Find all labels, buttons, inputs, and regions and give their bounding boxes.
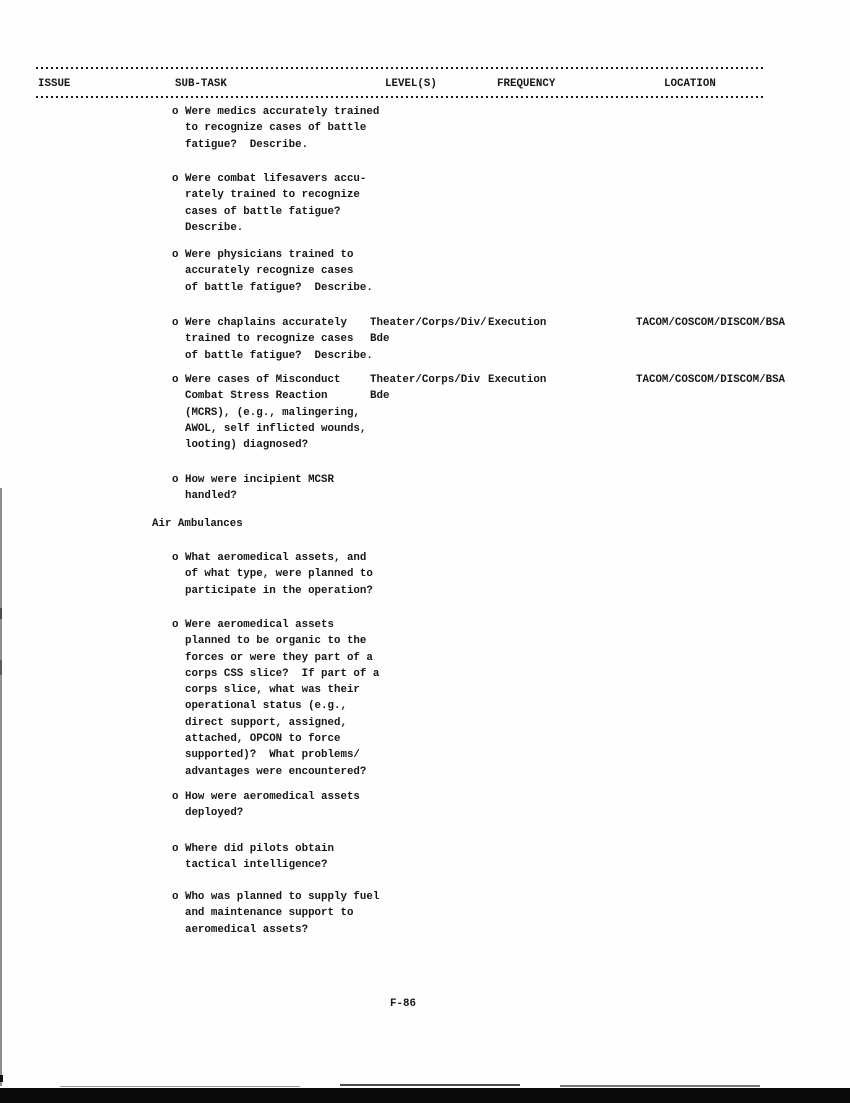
section-heading-air-ambulances: Air Ambulances [152,516,243,532]
column-header-sub-task: SUB-TASK [175,78,227,90]
level-cell-misconduct: Theater/Corps/Div Bde [370,372,480,405]
subtask-question-incipient-mcsr: o How were incipient MCSR handled? [172,472,334,505]
subtask-question-assets-deployed: o How were aeromedical assets deployed? [172,789,360,822]
subtask-question-medics-trained: o Were medics accurately trained to reco… [172,104,379,153]
subtask-question-fuel-maintenance: o Who was planned to supply fuel and mai… [172,889,379,938]
scan-left-edge-mark [0,660,2,675]
table-rule-header-bottom [36,96,763,98]
scan-left-edge-mark [0,608,2,619]
column-header-issue: ISSUE [38,78,70,90]
scan-bottom-streak [60,1086,300,1087]
scan-corner-mark [0,1075,3,1082]
location-cell-misconduct: TACOM/COSCOM/DISCOM/BSA [636,372,785,388]
frequency-cell-chaplains: Execution [488,315,546,331]
column-header-location: LOCATION [664,78,716,90]
scan-bottom-streak [340,1084,520,1086]
level-cell-chaplains: Theater/Corps/Div/ Bde [370,315,487,348]
subtask-question-aeromedical-assets-type: o What aeromedical assets, and of what t… [172,550,373,599]
table-rule-top [36,67,763,69]
subtask-question-organic-or-css-slice: o Were aeromedical assets planned to be … [172,617,379,780]
scan-bottom-streak [560,1085,760,1087]
subtask-question-combat-lifesavers: o Were combat lifesavers accu- rately tr… [172,171,366,236]
location-cell-chaplains: TACOM/COSCOM/DISCOM/BSA [636,315,785,331]
scan-left-edge-line [0,488,2,1086]
scanned-document-page: ISSUE SUB-TASK LEVEL(S) FREQUENCY LOCATI… [0,0,850,1103]
subtask-question-physicians-trained: o Were physicians trained to accurately … [172,247,373,296]
frequency-cell-misconduct: Execution [488,372,546,388]
column-header-levels: LEVEL(S) [385,78,437,90]
subtask-question-chaplains-trained: o Were chaplains accurately trained to r… [172,315,373,364]
subtask-question-misconduct-stress: o Were cases of Misconduct Combat Stress… [172,372,366,453]
scan-bottom-black-bar [0,1088,850,1103]
subtask-question-pilots-intelligence: o Where did pilots obtain tactical intel… [172,841,334,874]
column-header-frequency: FREQUENCY [497,78,555,90]
page-number: F-86 [390,996,416,1012]
